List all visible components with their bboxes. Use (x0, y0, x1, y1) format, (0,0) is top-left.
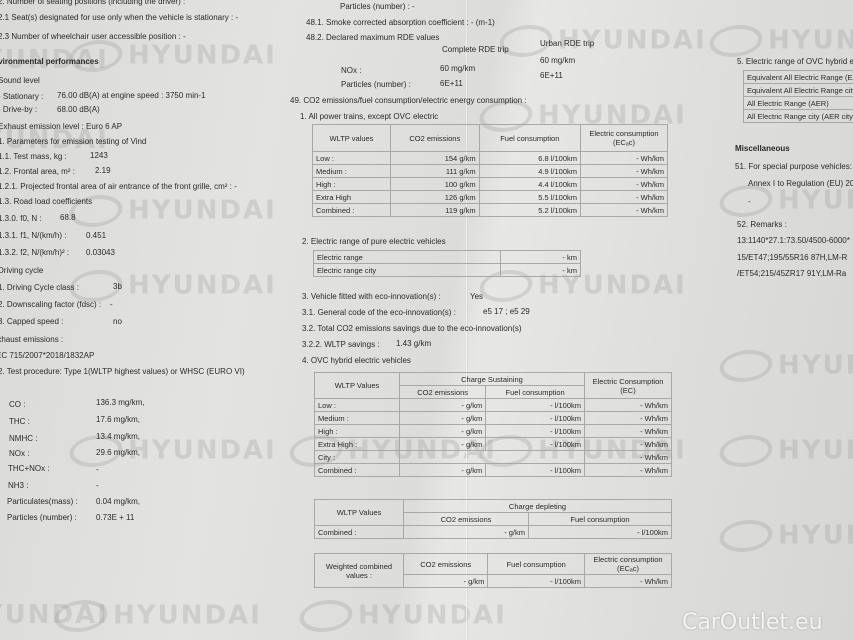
f1-value: 0.451 (86, 232, 106, 240)
rde-complete-header: Complete RDE trip (442, 46, 509, 54)
frontal-area-label: 1.2. Frontal area, m² : (0, 168, 75, 176)
stationary-seats: 2.1 Seat(s) designated for use only when… (0, 14, 238, 22)
table-row: Electric range - km (314, 251, 581, 264)
emission-label: NMHC : (9, 435, 37, 443)
watermark: HYUNDAI (720, 185, 853, 217)
row-header: Weighted combined values : (315, 554, 404, 588)
col-header: CO2 emissions (404, 554, 488, 575)
stationary-label: - Stationary : (0, 93, 43, 101)
watermark: HYUNDAI (55, 600, 262, 632)
exhaust-emissions: Exhaust emissions : (0, 336, 63, 344)
emission-label: NH3 : (8, 482, 28, 490)
emission-label: CO : (9, 401, 25, 409)
table-row: High : - g/km - l/100km - Wh/km (315, 425, 672, 438)
watermark: HYUNDAI (710, 25, 853, 57)
emission-value: 0.73E + 11 (96, 514, 134, 522)
section-4-heading: 4. OVC hybrid electric vehicles (302, 357, 411, 365)
frontal-area-value: 2.19 (95, 167, 111, 175)
sound-level: Sound level (0, 77, 40, 85)
eco-fitted-value: Yes (470, 293, 483, 301)
emission-value: 0.04 mg/km, (96, 498, 140, 506)
rde-heading: 48.2. Declared maximum RDE values (306, 34, 439, 42)
col-header: WLTP Values (315, 500, 404, 526)
cycle-class-value: 3b (113, 283, 122, 291)
col-header: CO2 emissions (400, 386, 486, 399)
f2-label: 1.3.2. f2, N/(km/h)² : (0, 249, 69, 257)
section-5-heading: 5. Electric range of OVC hybrid electric… (737, 58, 853, 66)
emission-label: NOx : (9, 450, 29, 458)
col-header: Electric consumption (ECₐc) (585, 554, 672, 575)
remark-line: 13:1140*27.1:73.50/4500-6000* (737, 237, 850, 245)
col-header: Fuel consumption (486, 386, 585, 399)
annex-value: - (748, 198, 751, 206)
col-header: Electric Consumption (EC) (585, 373, 672, 399)
emission-value: 17.6 mg/km, (96, 416, 140, 424)
charge-sustaining-table: WLTP Values Charge Sustaining Electric C… (314, 372, 672, 477)
wltp-savings-label: 3.2.2. WLTP savings : (302, 341, 380, 349)
table-row: All Electric Range (AER) (744, 97, 853, 110)
col-header: CO2 emissions (390, 125, 479, 152)
col-header: WLTP Values (315, 373, 400, 399)
table-row: All Electric Range city (AER city) (744, 110, 853, 123)
eco-fitted-label: 3. Vehicle fitted with eco-innovation(s)… (302, 293, 441, 301)
f2-value: 0.03043 (86, 249, 115, 257)
eco-code-label: 3.1. General code of the eco-innovation(… (302, 309, 456, 317)
watermark: HYUNDAI (0, 600, 109, 630)
remark-line: /ET54;215/45ZR17 91Y,LM-Ra (737, 270, 846, 278)
test-mass-value: 1243 (90, 152, 108, 160)
table-row: High : 100 g/km 4.4 l/100km - Wh/km (313, 178, 668, 191)
particles-top: Particles (number) : - (340, 3, 415, 11)
emission-label: Particulates(mass) : (7, 498, 78, 506)
rde-pn-urban: 6E+11 (540, 72, 563, 80)
watermark: HYUNDAI (500, 25, 707, 57)
emission-label: Particles (number) : (7, 514, 77, 522)
exhaust-level: Exhaust emission level : Euro 6 AP (0, 123, 122, 131)
table-row: Combined : 119 g/km 5.2 l/100km - Wh/km (313, 204, 668, 217)
driving-cycle: Driving cycle (0, 267, 43, 275)
table-row: Equivalent All Electric Range (EAER) (744, 71, 853, 84)
watermark: HYUNDAI (720, 435, 853, 467)
emission-label: THC : (9, 418, 30, 426)
wltp-savings-value: 1.43 g/km (396, 340, 431, 348)
group-header: Charge Sustaining (400, 373, 585, 386)
emission-value: 29.6 mg/km, (96, 449, 140, 457)
table-row: Low : - g/km - l/100km - Wh/km (315, 399, 672, 412)
misc-heading: Miscellaneous (735, 145, 790, 153)
annex: Annex I to Regulation (EU) 2018/858 : (748, 180, 853, 188)
driveby-label: - Drive-by : (0, 106, 37, 114)
watermark: HYUNDAI (70, 40, 277, 72)
group-header: Charge depleting (404, 500, 672, 513)
regulation: EC 715/2007*2018/1832AP (0, 352, 94, 360)
stationary-value: 76.00 dB(A) at engine speed : 3750 min-1 (57, 92, 206, 100)
col-header: Fuel consumption (488, 554, 585, 575)
table-row: City : - Wh/km (315, 451, 672, 464)
rde-nox-label: NOx : (341, 67, 361, 75)
eco-code-value: e5 17 ; e5 29 (483, 308, 530, 316)
watermark: HYUNDAI (70, 270, 277, 302)
cycle-class-label: 1. Driving Cycle class : (0, 284, 79, 292)
road-load: 1.3. Road load coefficients (0, 198, 92, 206)
table-row: Combined : - g/km - l/100km (315, 526, 672, 539)
f0-value: 68.8 (60, 214, 76, 222)
seating-positions: 2. Number of seating positions (includin… (0, 0, 185, 6)
co2-heading: 49. CO2 emissions/fuel consumption/elect… (290, 97, 527, 105)
table-row: Extra High 126 g/km 5.5 l/100km - Wh/km (313, 191, 668, 204)
col-header: Fuel consumption (479, 125, 580, 152)
section-2-heading: 2. Electric range of pure electric vehic… (302, 238, 446, 246)
caroutlet-watermark: CarOutlet.eu (682, 610, 823, 635)
table-row: Extra High : - g/km - l/100km - Wh/km (315, 438, 672, 451)
f0-label: 1.3.0. f0, N : (0, 215, 42, 223)
table-row: Medium : - g/km - l/100km - Wh/km (315, 412, 672, 425)
emission-value: - (96, 482, 99, 490)
emission-label: THC+NOx : (8, 465, 50, 473)
table-row: Equivalent All Electric Range city (EAER… (744, 84, 853, 97)
special-purpose: 51. For special purpose vehicles: design… (735, 163, 853, 171)
test-mass-label: 1.1. Test mass, kg : (0, 153, 67, 161)
weighted-combined-table: Weighted combined values : CO2 emissions… (314, 553, 672, 588)
rde-nox-urban: 60 mg/km (540, 57, 575, 65)
table-row: Combined : - g/km - l/100km - Wh/km (315, 464, 672, 477)
watermark: HYUNDAI (70, 195, 277, 227)
rde-pn-complete: 6E+11 (440, 80, 463, 88)
eco-savings: 3.2. Total CO2 emissions savings due to … (302, 325, 522, 333)
emission-value: 13.4 mg/km, (96, 433, 140, 441)
driveby-value: 68.00 dB(A) (57, 106, 100, 114)
wheelchair-positions: 2.3 Number of wheelchair user accessible… (0, 33, 186, 41)
downscaling-label: 2. Downscaling factor (fdsc) : (0, 301, 101, 309)
rde-pn-label: Particles (number) : (341, 81, 411, 89)
f1-label: 1.3.1. f1, N/(km/h) : (0, 232, 66, 240)
ovc-range-table: Equivalent All Electric Range (EAER) Equ… (743, 70, 853, 123)
charge-depleting-table: WLTP Values Charge depleting CO2 emissio… (314, 499, 672, 539)
watermark: HYUNDAI (720, 520, 853, 552)
test-procedure: 2. Test procedure: Type 1(WLTP highest v… (0, 368, 245, 376)
smoke-coefficient: 48.1. Smoke corrected absorption coeffic… (306, 19, 495, 27)
remarks-heading: 52. Remarks : (737, 221, 787, 229)
watermark: HYUNDAI (720, 350, 853, 382)
env-heading: Environmental performances (0, 58, 99, 66)
capped-value: no (113, 318, 122, 326)
emission-value: - (96, 466, 99, 474)
section-1-heading: 1. All power trains, except OVC electric (300, 113, 438, 121)
wltp-values-table: WLTP values CO2 emissions Fuel consumpti… (312, 124, 668, 217)
capped-label: 3. Capped speed : (0, 318, 63, 326)
downscaling-value: - (110, 301, 113, 309)
col-header: Electric consumption (ECₐc) (581, 125, 668, 152)
table-row: Low : 154 g/km 6.8 l/100km - Wh/km (313, 152, 668, 165)
rde-urban-header: Urban RDE trip (540, 40, 594, 48)
table-row: Medium : 111 g/km 4.9 l/100km - Wh/km (313, 165, 668, 178)
col-header: Fuel consumption (528, 513, 671, 526)
remark-line: 15/ET47;195/55R16 87H,LM-R (737, 254, 847, 262)
emission-value: 136.3 mg/km, (96, 399, 144, 407)
electric-range-table: Electric range - km Electric range city … (313, 250, 581, 277)
col-header: WLTP values (313, 125, 391, 152)
projected-area: 1.2.1. Projected frontal area of air ent… (0, 183, 237, 191)
table-row: Electric range city - km (314, 264, 581, 277)
rde-nox-complete: 60 mg/km (440, 65, 475, 73)
params-heading: 1. Parameters for emission testing of Vi… (0, 138, 146, 146)
watermark: HYUNDAI (300, 600, 507, 632)
col-header: CO2 emissions (404, 513, 529, 526)
